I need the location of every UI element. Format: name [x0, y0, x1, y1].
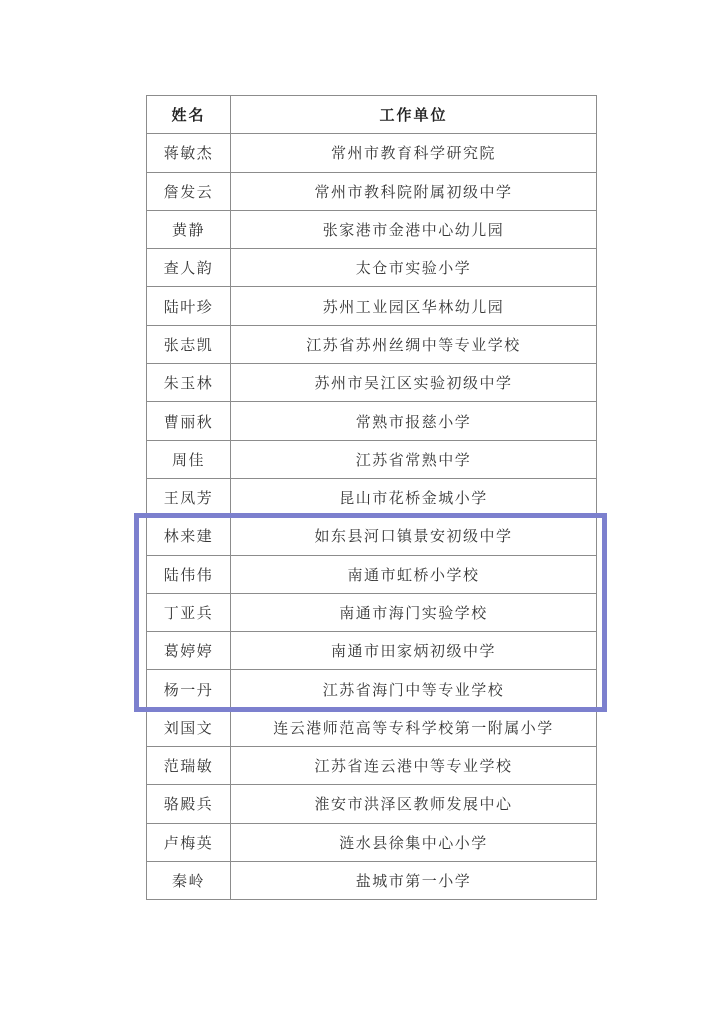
- unit-cell: 常州市教科院附属初级中学: [231, 172, 597, 210]
- table-row: 范瑞敏江苏省连云港中等专业学校: [147, 747, 597, 785]
- unit-cell: 涟水县徐集中心小学: [231, 823, 597, 861]
- header-row: 姓名 工作单位: [147, 96, 597, 134]
- unit-cell: 江苏省苏州丝绸中等专业学校: [231, 325, 597, 363]
- header-unit: 工作单位: [231, 96, 597, 134]
- name-cell: 陆叶珍: [147, 287, 231, 325]
- unit-cell: 江苏省连云港中等专业学校: [231, 747, 597, 785]
- unit-cell: 盐城市第一小学: [231, 861, 597, 899]
- name-cell: 王凤芳: [147, 478, 231, 516]
- table-row: 丁亚兵南通市海门实验学校: [147, 593, 597, 631]
- name-cell: 曹丽秋: [147, 402, 231, 440]
- unit-cell: 太仓市实验小学: [231, 249, 597, 287]
- unit-cell: 连云港师范高等专科学校第一附属小学: [231, 708, 597, 746]
- table-row: 张志凯江苏省苏州丝绸中等专业学校: [147, 325, 597, 363]
- unit-cell: 江苏省常熟中学: [231, 440, 597, 478]
- name-cell: 林来建: [147, 517, 231, 555]
- unit-cell: 淮安市洪泽区教师发展中心: [231, 785, 597, 823]
- unit-cell: 如东县河口镇景安初级中学: [231, 517, 597, 555]
- table-row: 陆伟伟南通市虹桥小学校: [147, 555, 597, 593]
- name-cell: 秦岭: [147, 861, 231, 899]
- name-cell: 刘国文: [147, 708, 231, 746]
- name-cell: 张志凯: [147, 325, 231, 363]
- table-row: 秦岭盐城市第一小学: [147, 861, 597, 899]
- name-cell: 丁亚兵: [147, 593, 231, 631]
- table-row: 朱玉林苏州市吴江区实验初级中学: [147, 364, 597, 402]
- roster-body: 蒋敏杰常州市教育科学研究院詹发云常州市教科院附属初级中学黄静张家港市金港中心幼儿…: [147, 134, 597, 900]
- name-cell: 卢梅英: [147, 823, 231, 861]
- name-cell: 骆殿兵: [147, 785, 231, 823]
- name-cell: 黄静: [147, 210, 231, 248]
- table-row: 杨一丹江苏省海门中等专业学校: [147, 670, 597, 708]
- unit-cell: 张家港市金港中心幼儿园: [231, 210, 597, 248]
- table-row: 卢梅英涟水县徐集中心小学: [147, 823, 597, 861]
- document-page: 姓名 工作单位 蒋敏杰常州市教育科学研究院詹发云常州市教科院附属初级中学黄静张家…: [0, 0, 720, 1018]
- unit-cell: 江苏省海门中等专业学校: [231, 670, 597, 708]
- table-row: 骆殿兵淮安市洪泽区教师发展中心: [147, 785, 597, 823]
- name-cell: 周佳: [147, 440, 231, 478]
- name-cell: 范瑞敏: [147, 747, 231, 785]
- table-row: 黄静张家港市金港中心幼儿园: [147, 210, 597, 248]
- unit-cell: 南通市田家炳初级中学: [231, 632, 597, 670]
- unit-cell: 苏州市吴江区实验初级中学: [231, 364, 597, 402]
- table-row: 林来建如东县河口镇景安初级中学: [147, 517, 597, 555]
- name-cell: 葛婷婷: [147, 632, 231, 670]
- unit-cell: 常州市教育科学研究院: [231, 134, 597, 172]
- unit-cell: 常熟市报慈小学: [231, 402, 597, 440]
- unit-cell: 昆山市花桥金城小学: [231, 478, 597, 516]
- unit-cell: 南通市虹桥小学校: [231, 555, 597, 593]
- name-cell: 詹发云: [147, 172, 231, 210]
- name-cell: 查人韵: [147, 249, 231, 287]
- name-cell: 陆伟伟: [147, 555, 231, 593]
- table-row: 刘国文连云港师范高等专科学校第一附属小学: [147, 708, 597, 746]
- name-cell: 蒋敏杰: [147, 134, 231, 172]
- unit-cell: 苏州工业园区华林幼儿园: [231, 287, 597, 325]
- unit-cell: 南通市海门实验学校: [231, 593, 597, 631]
- roster-table: 姓名 工作单位 蒋敏杰常州市教育科学研究院詹发云常州市教科院附属初级中学黄静张家…: [146, 95, 597, 900]
- name-cell: 杨一丹: [147, 670, 231, 708]
- table-row: 周佳江苏省常熟中学: [147, 440, 597, 478]
- table-row: 蒋敏杰常州市教育科学研究院: [147, 134, 597, 172]
- table-row: 陆叶珍苏州工业园区华林幼儿园: [147, 287, 597, 325]
- header-name: 姓名: [147, 96, 231, 134]
- table-row: 查人韵太仓市实验小学: [147, 249, 597, 287]
- name-cell: 朱玉林: [147, 364, 231, 402]
- table-row: 王凤芳昆山市花桥金城小学: [147, 478, 597, 516]
- table-row: 葛婷婷南通市田家炳初级中学: [147, 632, 597, 670]
- table-row: 曹丽秋常熟市报慈小学: [147, 402, 597, 440]
- table-row: 詹发云常州市教科院附属初级中学: [147, 172, 597, 210]
